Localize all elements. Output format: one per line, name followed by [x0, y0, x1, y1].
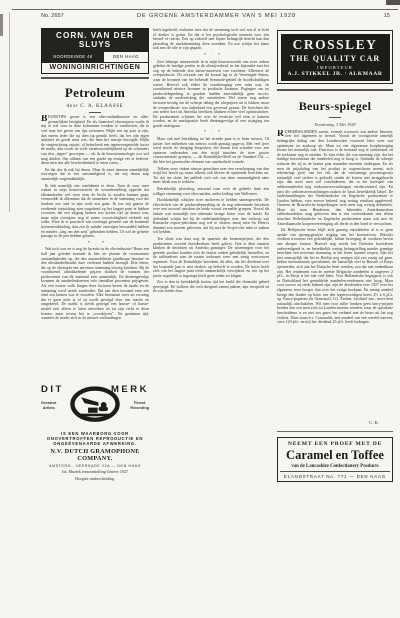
paragraph: Ik heb namelijk een confidentie te doen.… — [41, 184, 149, 239]
paragraph-text: EURSTIPS geven is een aller-ondankbaarst… — [41, 115, 149, 165]
middle-column-body: heeft ingeleefd, realiseert men dat de s… — [153, 28, 269, 505]
ad-crossley-importer-name: A.J. STIKKEL JR. · ALKMAAR — [283, 71, 388, 77]
ad-sluys-address-row: NOORDEINDE 46 DEN HAAG — [42, 51, 148, 62]
paragraph: Zeer beknopt memoreerde ik in mijn beurs… — [153, 60, 269, 129]
article-signature: C. K. — [277, 420, 393, 425]
paragraph: Zoo is dan in betrekkelijk korten tijd h… — [153, 280, 269, 294]
newspaper-page: No. 2657 DE GROENE AMSTERDAMMER VAN 5 ME… — [0, 0, 400, 618]
ad-crossley-brand: CROSSLEY — [283, 37, 388, 53]
ad-gramophone-logo-row: Greatest Artists Finest Recording — [41, 385, 149, 429]
paragraph: BEURSTIPS geven is een aller-ondankbaars… — [41, 115, 149, 166]
ad-toffee-product: Caramel en Toffee — [280, 448, 390, 463]
caption-line: Recording — [130, 406, 149, 410]
paragraph: Maar ook met betrekking tot het tweede p… — [153, 137, 269, 165]
ad-gramophone-award1: Int. Muziek tentoonstelling Genève 1927 — [41, 469, 149, 474]
ad-sluys-tagline: WONINGINRICHTINGEN — [42, 62, 148, 73]
article-title-petroleum: Petroleum — [41, 85, 149, 101]
ad-gramophone-company: N.V. DUTCH GRAMOPHONE COMPANY. — [41, 448, 149, 462]
caption-finest-recording: Finest Recording — [130, 401, 149, 410]
left-column: CORN. VAN DER SLUYS NOORDEINDE 46 DEN HA… — [41, 0, 149, 590]
drop-cap: B — [41, 115, 47, 123]
scan-smudge-top-left — [0, 14, 3, 36]
ad-crossley-tagline: THE QUALITY CAR — [283, 54, 388, 63]
paragraph: En dat doe ik ook bij dezen. Maar ik moe… — [41, 168, 149, 182]
ad-van-der-sluys: CORN. VAN DER SLUYS NOORDEINDE 46 DEN HA… — [41, 28, 149, 74]
paragraph: Telkens weer staken nieuwe geruchten ove… — [153, 167, 269, 185]
ad-crossley-panel: CROSSLEY THE QUALITY CAR IMPORTEUR A.J. … — [281, 34, 390, 81]
right-column: CROSSLEY THE QUALITY CAR IMPORTEUR A.J. … — [277, 0, 393, 590]
paragraph: heeft ingeleefd, realiseert men dat de s… — [153, 28, 269, 51]
article-title-beurs-spiegel: Beurs-spiegel — [277, 99, 393, 114]
ad-gramophone: DIT MERK Greatest Artists Finest — [41, 384, 149, 481]
paragraph-text: UBBERWAARDEN waren, evenals trouwens aan… — [277, 130, 393, 226]
scan-left-edge — [9, 12, 10, 212]
ad-toffee-intro: NEEMT EEN PROEF MET DE — [280, 441, 390, 447]
paragraph: Hoofdzakelijk schijnen twee motieven te … — [153, 198, 269, 235]
column-rule — [277, 431, 393, 432]
drop-cap: R — [277, 130, 284, 138]
ad-crossley: CROSSLEY THE QUALITY CAR IMPORTEUR A.J. … — [277, 30, 393, 84]
caption-greatest-artists: Greatest Artists — [41, 401, 56, 410]
ornament-rule — [89, 112, 101, 113]
column-rule — [277, 89, 393, 91]
ad-gramophone-award2: Hoogste onderscheiding. — [41, 476, 149, 481]
ornament-rule — [329, 117, 341, 118]
paragraph: RUBBERWAARDEN waren, evenals trouwens aa… — [277, 130, 393, 226]
caption-line: Artists — [43, 406, 55, 410]
his-masters-voice-logo-icon — [69, 385, 121, 425]
middle-column: heeft ingeleefd, realiseert men dat de s… — [153, 0, 269, 590]
asterism-separator: * . * — [153, 130, 269, 135]
article-byline: door C. A. KLAASSE — [41, 103, 149, 109]
asterism-separator: * . * — [41, 241, 149, 246]
petroleum-article-body: BEURSTIPS geven is een aller-ondankbaars… — [41, 115, 149, 411]
caption-line: Finest — [134, 401, 145, 405]
beurs-article-body: RUBBERWAARDEN waren, evenals trouwens aa… — [277, 130, 393, 418]
paragraph: De Berlijnsche beurs blijft zich gunstig… — [277, 228, 393, 324]
ad-sluys-name: CORN. VAN DER SLUYS — [42, 29, 148, 51]
ad-toffee-maker: van de Lancashire Confectionery Products — [280, 464, 390, 469]
ad-gramophone-address: AMSTERD., VEERKADE 22A — DEN HAAG — [41, 464, 149, 468]
ad-toffee-address: ELANDSTRAAT No. 771 — DEN HAAG — [280, 471, 390, 481]
ad-sluys-street: NOORDEINDE 46 — [42, 52, 104, 62]
paragraph: Betrekkelijk plotseling ontstond toen ov… — [153, 187, 269, 196]
asterism-separator: * . * — [153, 53, 269, 58]
column-rule — [41, 77, 149, 79]
ad-caramel-toffee: NEEMT EEN PROEF MET DE Caramel en Toffee… — [277, 437, 393, 483]
paragraph: Wat toch was en is nog de kwestie in de … — [41, 247, 149, 321]
paragraph: Ten slotte was daar nog de quaestie der … — [153, 237, 269, 278]
ad-gramophone-slogan: IS EEN WAARBORG VOOR ONOVERTROFFEN REPRO… — [41, 431, 149, 446]
caption-line: Greatest — [41, 401, 56, 405]
ad-sluys-city: DEN HAAG — [104, 52, 148, 62]
ad-crossley-importer-label: IMPORTEUR — [283, 65, 388, 70]
article-dateline: Donderdag, 3 Mei 1928 — [277, 122, 393, 127]
